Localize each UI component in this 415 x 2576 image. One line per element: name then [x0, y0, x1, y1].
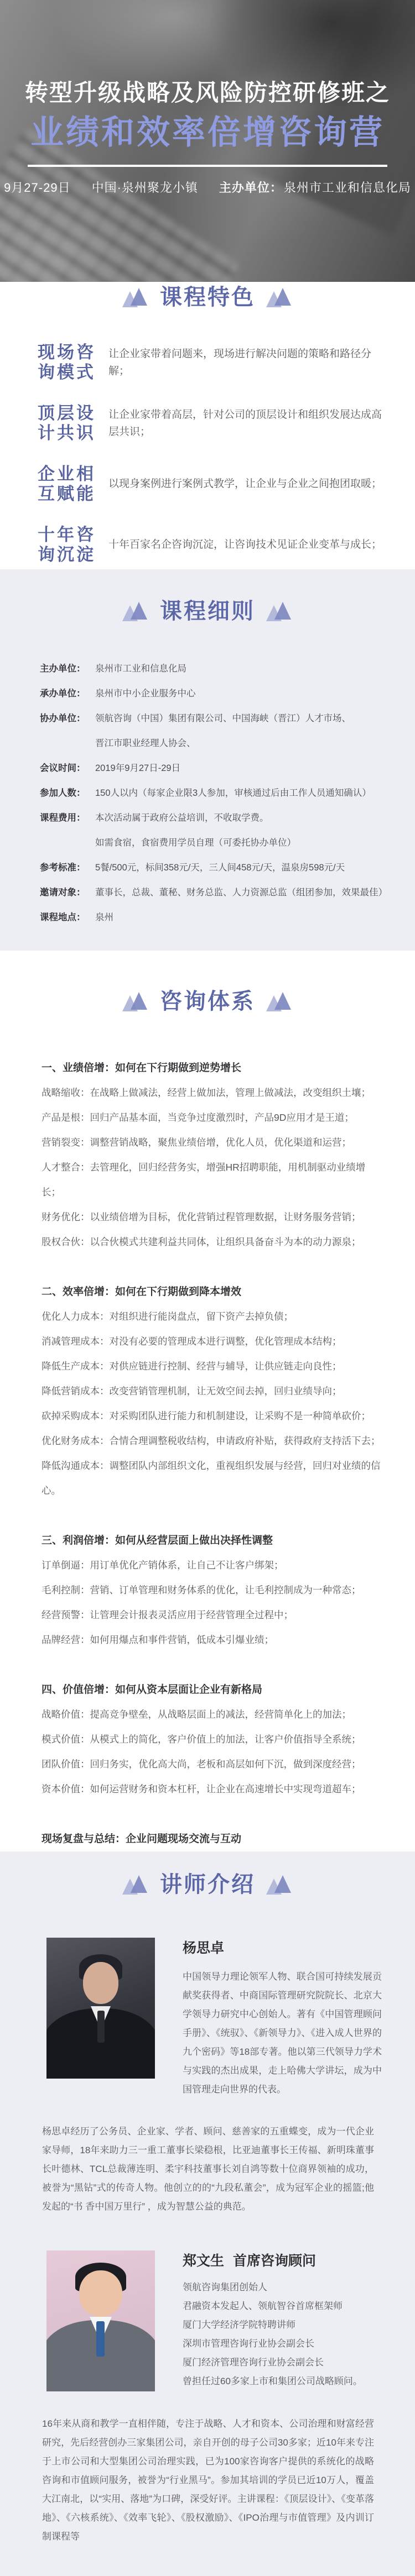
feature-item: 现场咨询模式 让企业家带着问题来，现场进行解决问题的策略和路径分解；	[0, 343, 415, 382]
section-title-text: 讲师介绍	[160, 1874, 255, 1896]
group-heading: 二、效率倍增：如何在下行期做到降本增效	[41, 1279, 385, 1304]
triangles-icon	[122, 601, 149, 621]
detail-row: 会议时间： 2019年9月27日-29日	[40, 756, 393, 781]
feature-list: 现场咨询模式 让企业家带着问题来，现场进行解决问题的策略和路径分解； 顶层设计共…	[0, 343, 415, 565]
speaker-bio: 16年来从商和教学一直相伴随，专注于战略、人才和资本、公司治理和财富经营研究，先…	[0, 2415, 415, 2546]
group-item: 资本价值：如何运营财务和资本杠杆，让企业在高速增长中实现弯道超车；	[41, 1777, 385, 1802]
group-item: 品牌经营：如何用爆点和事件营销，低成本引爆业绩；	[41, 1628, 385, 1652]
system-summary: 现场复盘与总结：企业问题现场交流与互动	[41, 1827, 385, 1851]
triangles-icon	[122, 991, 149, 1011]
portrait-face	[79, 2270, 122, 2317]
feature-label: 现场咨询模式	[38, 343, 108, 382]
group-item: 战略缩收：在战略上做减法，经营上做加法，管理上做减法，改变组织土壤；	[41, 1080, 385, 1105]
group-item: 砍掉采购成本：对采购团队进行能力和机制建设，让采购不是一种简单砍价；	[41, 1404, 385, 1429]
speaker-credentials: 领航咨询集团创始人 君融资本发起人、领航智谷首席框架师 厦门大学经济学院特聘讲师…	[183, 2278, 382, 2391]
speaker-card-zheng-wensheng: 郑文生 首席咨询顾问 领航咨询集团创始人 君融资本发起人、领航智谷首席框架师 厦…	[0, 2250, 415, 2391]
group-item: 模式价值：从模式上的简化，客户价值上的加法，让客户价值指导全系统；	[41, 1727, 385, 1752]
feature-item: 企业相互赋能 以现身案例进行案例式教学，让企业与企业之间抱团取暖；	[0, 464, 415, 504]
hero-header: 转型升级战略及风险防控研修班之 业绩和效率倍增咨询营 9月27-29日 中国·泉…	[0, 0, 415, 282]
speaker-profile: 中国领导力理论领军人物、联合国可持续发展贡献奖获得者、中商国际管理研究院院长、北…	[183, 1968, 382, 2099]
detail-row: 参考标准： 5餐/500元，标间358元/天，三人间458元/天，温泉房598元…	[40, 856, 393, 880]
system-group-1: 一、业绩倍增：如何在下行期做到逆势增长 战略缩收：在战略上做减法，经营上做加法，…	[41, 1056, 385, 1255]
hero-main-title: 业绩和效率倍增咨询营	[0, 114, 415, 151]
group-heading: 一、业绩倍增：如何在下行期做到逆势增长	[41, 1056, 385, 1080]
event-location: 中国·泉州聚龙小镇	[92, 179, 198, 196]
feature-label: 企业相互赋能	[38, 464, 108, 504]
group-item: 经营预警：让管理会计报表灵活应用于经营管理全过程中；	[41, 1603, 385, 1628]
detail-row: 邀请对象： 董事长，总裁、董秘、财务总监、人力资源总监（组团参加，效果最佳）	[40, 880, 393, 905]
speaker-photo	[46, 2250, 155, 2391]
portrait-face	[83, 1962, 118, 2004]
detail-row: 协办单位： 领航咨询（中国）集团有限公司、中国海峡（晋江）人才市场、晋江市职业经…	[40, 706, 393, 756]
triangles-icon	[266, 991, 293, 1011]
feature-item: 十年咨询沉淀 十年百家名企咨询沉淀，让咨询技术见证企业变革与成长；	[0, 525, 415, 565]
triangles-icon	[122, 287, 149, 307]
group-item: 优化人力成本：对组织进行能岗盘点，留下资产去掉负债；	[41, 1304, 385, 1329]
group-item: 财务优化：以业绩倍增为目标，优化营销过程管理数据，让财务服务营销；	[41, 1205, 385, 1230]
triangles-icon	[122, 1875, 149, 1895]
system-group-2: 二、效率倍增：如何在下行期做到降本增效 优化人力成本：对组织进行能岗盘点，留下资…	[41, 1279, 385, 1503]
feature-desc: 让企业家带着问题来，现场进行解决问题的策略和路径分解；	[108, 345, 383, 380]
section-title-text: 课程细则	[160, 600, 255, 622]
event-organizer: 主办单位：泉州市工业和信息化局	[219, 179, 411, 196]
group-item: 毛利控制：营销、订单管理和财务体系的优化，让毛利控制成为一种常态；	[41, 1578, 385, 1603]
detail-row: 参加人数： 150人以内（每家企业限3人参加，审核通过后由工作人员通知确认）	[40, 781, 393, 806]
triangles-icon	[266, 601, 293, 621]
feature-desc: 十年百家名企咨询沉淀，让咨询技术见证企业变革与成长；	[108, 536, 383, 553]
details-section-title: 课程细则	[0, 600, 415, 622]
system-group-4: 四、价值倍增：如何从资本层面让企业有新格局 战略价值：提高竞争壁垒，从战略层面上…	[41, 1677, 385, 1802]
speaker-info: 杨思卓 中国领导力理论领军人物、联合国可持续发展贡献奖获得者、中商国际管理研究院…	[183, 1938, 382, 2099]
hero-subtitle: 转型升级战略及风险防控研修班之	[0, 79, 415, 107]
group-item: 消减管理成本：对没有必要的管理成本进行调整，优化管理成本结构；	[41, 1329, 385, 1354]
speaker-photo	[46, 1938, 155, 2079]
speaker-name-row: 郑文生 首席咨询顾问	[183, 2253, 382, 2269]
divider-line	[28, 165, 387, 167]
detail-row: 承办单位： 泉州市中小企业服务中心	[40, 681, 393, 706]
triangles-icon	[266, 287, 293, 307]
section-course-details: 课程细则 主办单位： 泉州市工业和信息化局 承办单位： 泉州市中小企业服务中心 …	[0, 569, 415, 951]
portrait-tie	[97, 2011, 105, 2043]
detail-row: 课程地点： 泉州	[40, 905, 393, 930]
credential-line: 厦门大学经济学院特聘讲师	[183, 2316, 382, 2334]
section-title-text: 课程特色	[160, 286, 255, 308]
credential-line: 厦门经济管理咨询行业协会副会长	[183, 2353, 382, 2372]
feature-desc: 让企业家带着高层，针对公司的顶层设计和组织发展达成高层共识；	[108, 406, 383, 441]
organizer-label: 主办单位：	[219, 181, 283, 195]
group-heading: 三、利润倍增：如何从经营层面上做出决择性调整	[41, 1528, 385, 1553]
section-title-text: 咨询体系	[160, 990, 255, 1012]
section-course-features: 课程特色 现场咨询模式 让企业家带着问题来，现场进行解决问题的策略和路径分解； …	[0, 282, 415, 569]
feature-item: 顶层设计共识 让企业家带着高层，针对公司的顶层设计和组织发展达成高层共识；	[0, 403, 415, 443]
group-item: 人才整合：去管理化，回归经营务实，增强HR招聘职能，用机制驱动业绩增长；	[41, 1155, 385, 1205]
group-item: 优化财务成本：合情合理调整税收结构，申请政府补贴，获得政府支持活下去；	[41, 1429, 385, 1454]
credential-line: 深圳市管理咨询行业协会副会长	[183, 2334, 382, 2353]
group-item: 团队价值：回归务实，优化高大尚，老板和高层如何下沉，做到深度经营；	[41, 1752, 385, 1777]
group-item: 战略价值：提高竞争壁垒，从战略层面上的减法，经营简单化上的加法；	[41, 1702, 385, 1727]
credential-line: 君融资本发起人、领航智谷首席框架师	[183, 2297, 382, 2316]
organizer-name: 泉州市工业和信息化局	[284, 181, 411, 195]
detail-row: 课程费用： 本次活动属于政府公益培训，不收取学费。如需食宿，食宿费用学员自理（可…	[40, 806, 393, 856]
detail-row: 主办单位： 泉州市工业和信息化局	[40, 657, 393, 681]
group-item: 营销裂变：调整营销战略，聚焦业绩倍增，优化人员，优化渠道和运营；	[41, 1130, 385, 1155]
speaker-info: 郑文生 首席咨询顾问 领航咨询集团创始人 君融资本发起人、领航智谷首席框架师 厦…	[183, 2250, 382, 2391]
speaker-role: 首席咨询顾问	[233, 2253, 316, 2269]
credential-line: 领航咨询集团创始人	[183, 2278, 382, 2297]
section-lecturers: 讲师介绍 杨思卓 中国领导力理论领军人物、联合国可持续发展贡献奖获得者、中商国际…	[0, 1851, 415, 2576]
speaker-name: 杨思卓	[183, 1940, 382, 1956]
lecturers-section-title: 讲师介绍	[0, 1874, 415, 1896]
portrait-tie	[96, 2321, 105, 2357]
section-consulting-system: 咨询体系 一、业绩倍增：如何在下行期做到逆势增长 战略缩收：在战略上做减法，经营…	[0, 951, 415, 1851]
system-section-title: 咨询体系	[0, 990, 415, 1012]
triangles-icon	[266, 1875, 293, 1895]
group-item: 产品是根：回归产品基本面，当竞争过度激烈时，产品9D应用才是王道；	[41, 1105, 385, 1130]
event-date: 9月27-29日	[4, 179, 71, 196]
hero-content: 转型升级战略及风险防控研修班之 业绩和效率倍增咨询营 9月27-29日 中国·泉…	[0, 0, 415, 196]
speaker-card-yang-sizhuo: 杨思卓 中国领导力理论领军人物、联合国可持续发展贡献奖获得者、中商国际管理研究院…	[0, 1938, 415, 2099]
feature-label: 顶层设计共识	[38, 403, 108, 443]
feature-desc: 以现身案例进行案例式教学，让企业与企业之间抱团取暖；	[108, 475, 383, 492]
system-body: 一、业绩倍增：如何在下行期做到逆势增长 战略缩收：在战略上做减法，经营上做加法，…	[0, 1056, 415, 1851]
group-item: 股权合伙：以合伙模式共建利益共同体，让组织具备奋斗为本的动力源泉；	[41, 1230, 385, 1255]
event-meta-bar: 9月27-29日 中国·泉州聚龙小镇 主办单位：泉州市工业和信息化局	[0, 179, 415, 196]
features-section-title: 课程特色	[0, 286, 415, 308]
group-item: 降低营销成本：改变营销管理机制，让无效空间去掉，回归业绩导向；	[41, 1379, 385, 1404]
group-heading: 四、价值倍增：如何从资本层面让企业有新格局	[41, 1677, 385, 1702]
speaker-bio: 杨思卓经历了公务员、企业家、学者、顾问、慈善家的五重蝶变，成为一代企业家导师，1…	[0, 2122, 415, 2216]
group-item: 订单倒逼：用订单优化产销体系，让自己不让客户绑架；	[41, 1553, 385, 1578]
feature-label: 十年咨询沉淀	[38, 525, 108, 565]
credential-line: 曾担任过60多家上市和集团公司战略顾问。	[183, 2372, 382, 2391]
detail-list: 主办单位： 泉州市工业和信息化局 承办单位： 泉州市中小企业服务中心 协办单位：…	[0, 657, 415, 930]
group-item: 降低生产成本：对供应链进行控制、经营与辅导，让供应链走向良性；	[41, 1354, 385, 1379]
speaker-name: 郑文生	[183, 2253, 224, 2269]
system-group-3: 三、利润倍增：如何从经营层面上做出决择性调整 订单倒逼：用订单优化产销体系，让自…	[41, 1528, 385, 1652]
group-item: 降低沟通成本：调整团队内部组织文化，重视组织发展与经营，回归对业绩的信心。	[41, 1454, 385, 1503]
promo-page: 转型升级战略及风险防控研修班之 业绩和效率倍增咨询营 9月27-29日 中国·泉…	[0, 0, 415, 2576]
